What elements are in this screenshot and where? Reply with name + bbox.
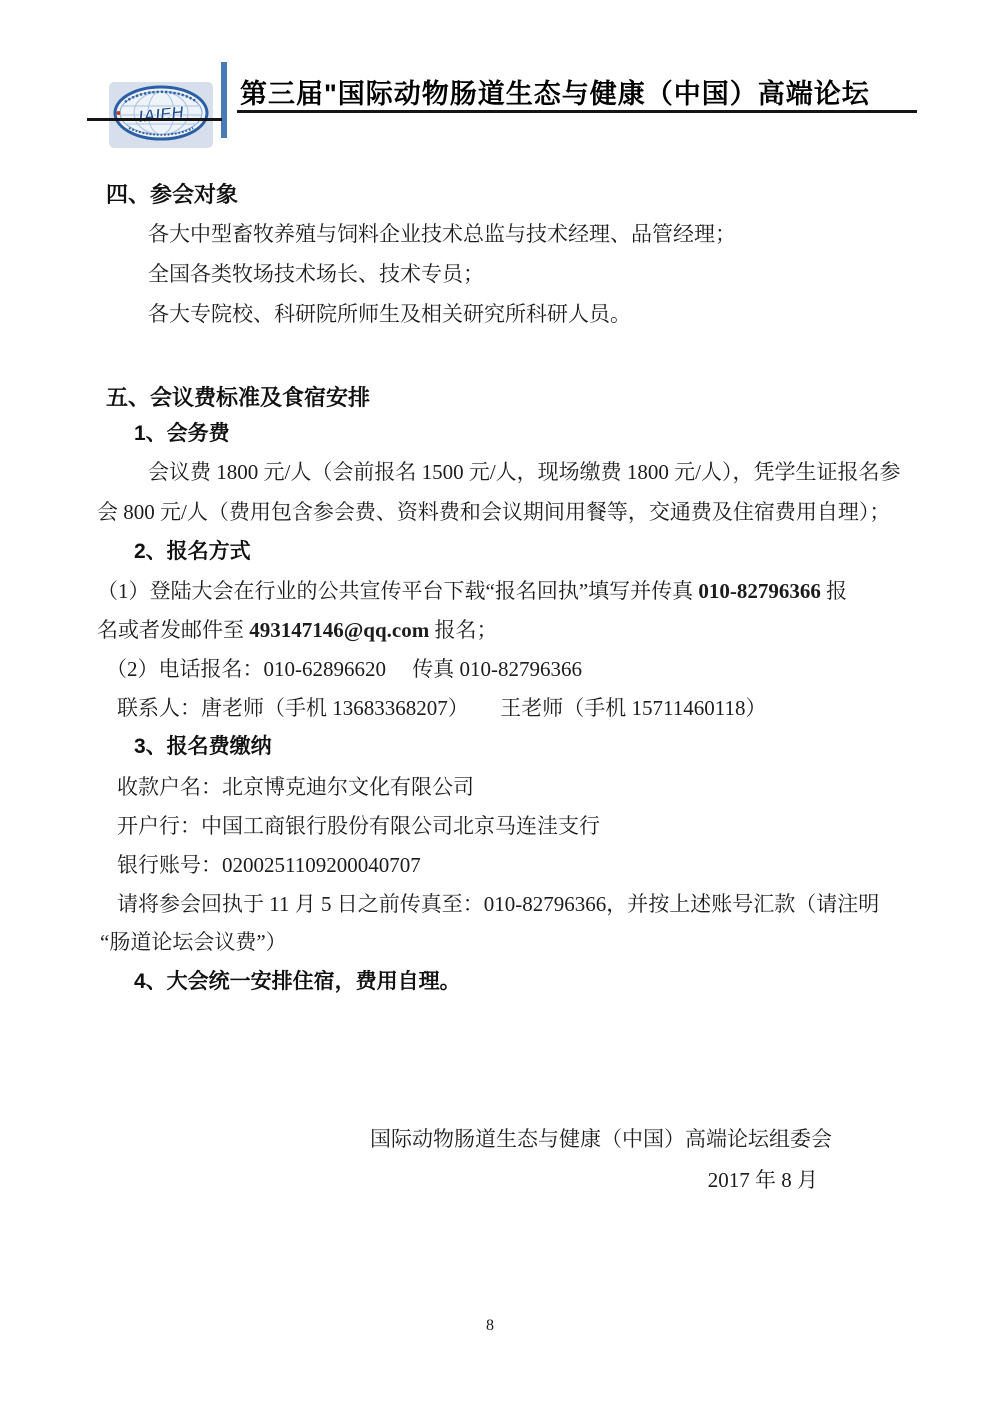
document-title: 第三届"国际动物肠道生态与健康（中国）高端论坛 — [240, 78, 870, 112]
header-divider-bar — [221, 62, 227, 138]
contact-persons: 联系人：唐老师（手机 13683368207） 王老师（手机 157114601… — [117, 695, 766, 721]
title-underline — [237, 110, 917, 113]
signup-subheading: 2、报名方式 — [134, 539, 251, 565]
payment-subheading: 3、报名费缴纳 — [134, 734, 272, 760]
document-page: IAIEH 第三届"国际动物肠道生态与健康（中国）高端论坛 四、参会对象 各大中… — [0, 0, 1000, 1414]
section4-item: 各大中型畜牧养殖与饲料企业技术总监与技术经理、品管经理； — [148, 221, 736, 247]
signup-method2: （2）电话报名：010-62896620 传真 010-82796366 — [106, 656, 582, 682]
signup-text: 报 — [821, 579, 847, 603]
organizing-committee-signature: 国际动物肠道生态与健康（中国）高端论坛组委会 — [370, 1126, 832, 1152]
signup-text: 报名； — [429, 618, 497, 642]
fax-number: 010-82796366 — [698, 579, 821, 603]
section4-heading: 四、参会对象 — [106, 181, 238, 209]
globe-logo-icon: IAIEH — [109, 82, 213, 148]
section4-item: 各大专院校、科研院所师生及相关研究所科研人员。 — [148, 301, 631, 327]
signup-text: （1）登陆大会在行业的公共宣传平台下载“报名回执”填写并传真 — [97, 579, 698, 603]
section4-item: 全国各类牧场技术场长、技术专员； — [148, 261, 484, 287]
payment-note-line1: 请将参会回执于 11 月 5 日之前传真至：010-82796366，并按上述账… — [117, 891, 879, 917]
signup-method1-line1: （1）登陆大会在行业的公共宣传平台下载“报名回执”填写并传真 010-82796… — [97, 578, 847, 604]
email-address: 493147146@qq.com — [249, 618, 429, 642]
lodging-subheading: 4、大会统一安排住宿，费用自理。 — [134, 969, 461, 995]
payment-note-line2: “肠道论坛会议费”） — [100, 929, 287, 955]
page-number: 8 — [0, 1316, 980, 1336]
fee-line: 会 800 元/人（费用包含参会费、资料费和会议期间用餐等，交通费及住宿费用自理… — [97, 499, 890, 525]
signup-method1-line2: 名或者发邮件至 493147146@qq.com 报名； — [97, 617, 497, 643]
signature-date: 2017 年 8 月 — [708, 1167, 818, 1193]
fee-subheading: 1、会务费 — [134, 421, 230, 447]
payee-name: 收款户名：北京博克迪尔文化有限公司 — [117, 774, 474, 800]
logo-underline — [87, 118, 222, 121]
signup-text: 名或者发邮件至 — [97, 618, 249, 642]
fee-line: 会议费 1800 元/人（会前报名 1500 元/人，现场缴费 1800 元/人… — [148, 459, 901, 485]
bank-name: 开户行：中国工商银行股份有限公司北京马连洼支行 — [117, 813, 600, 839]
section5-heading: 五、会议费标准及食宿安排 — [106, 384, 370, 412]
bank-account-number: 银行账号：0200251109200040707 — [117, 852, 421, 878]
